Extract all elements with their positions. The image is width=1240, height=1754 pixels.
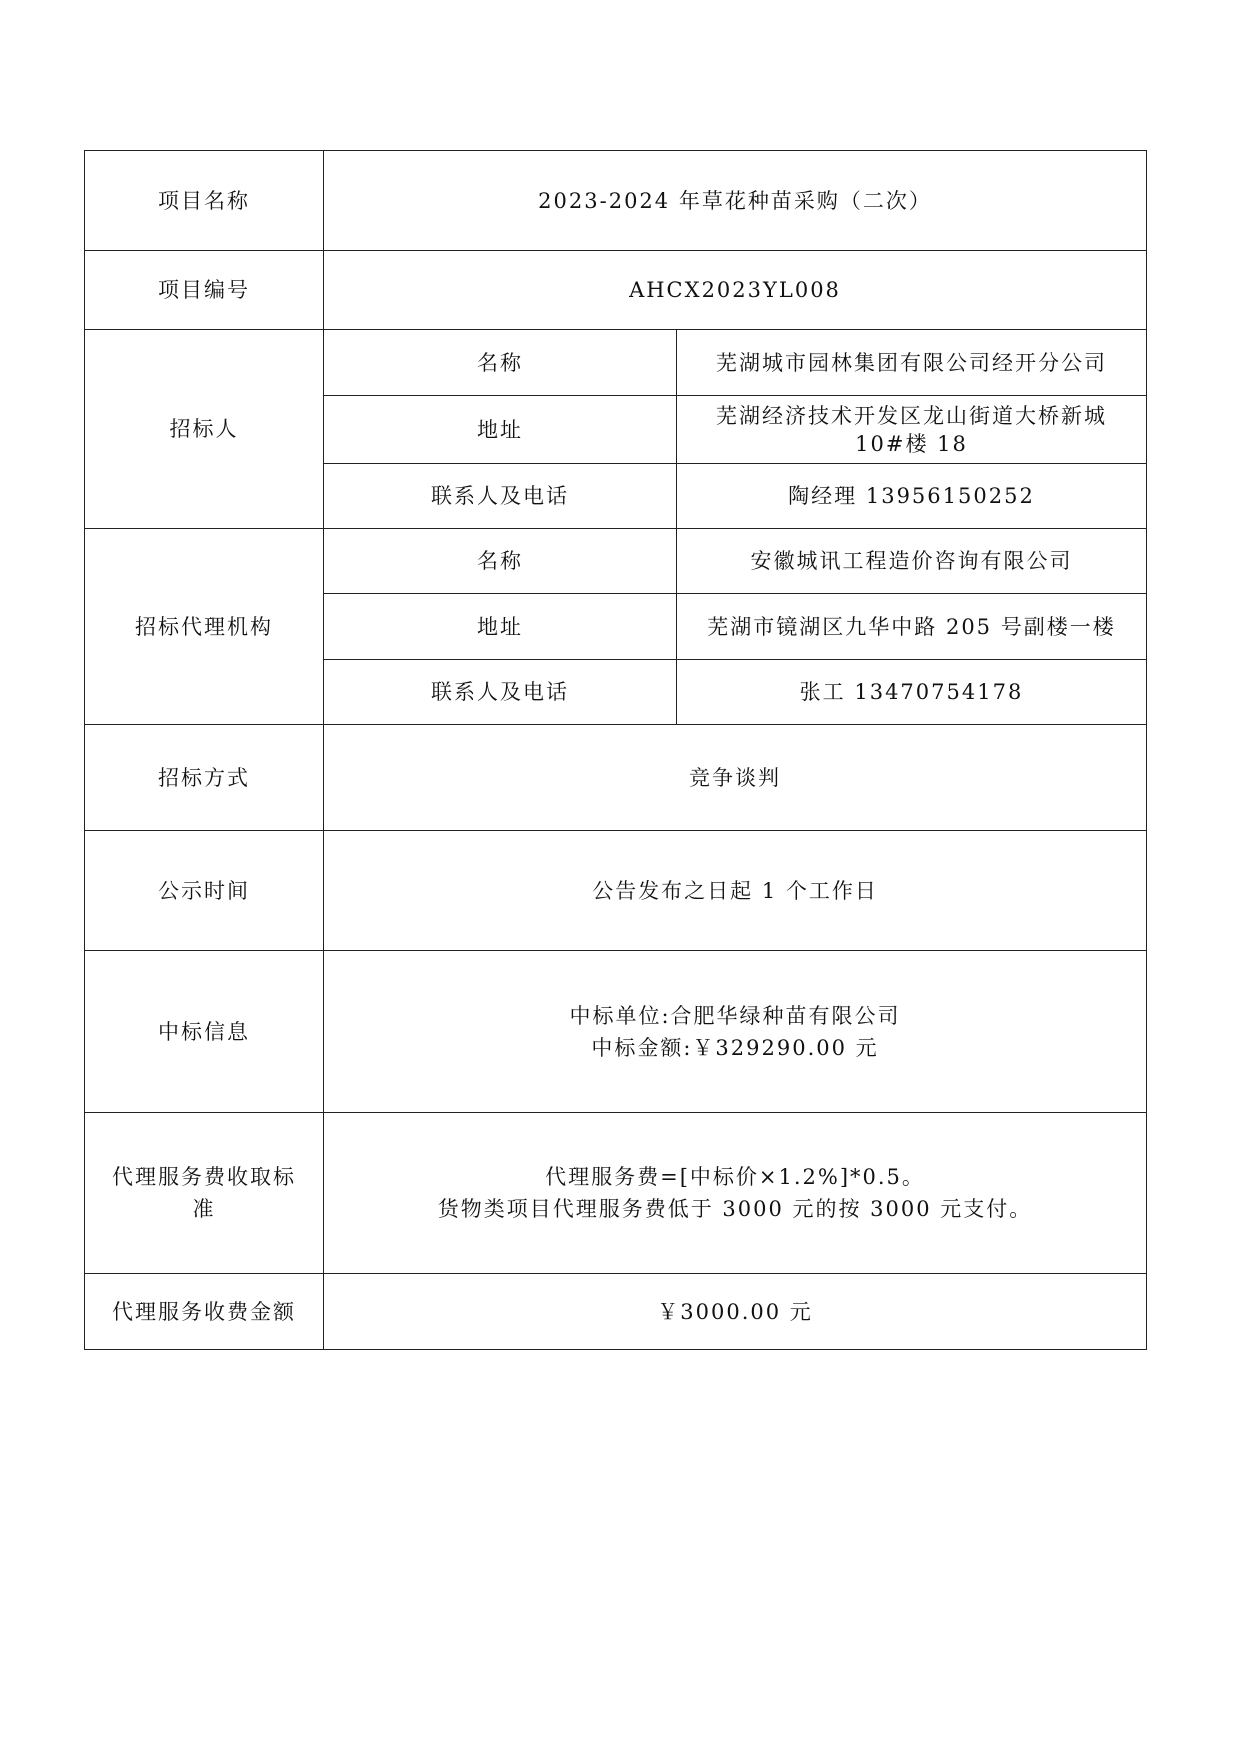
fee-standard-minimum: 货物类项目代理服务费低于 3000 元的按 3000 元支付。 bbox=[332, 1193, 1138, 1225]
project-name-label: 项目名称 bbox=[85, 151, 324, 251]
fee-standard-value: 代理服务费=[中标价×1.2%]*0.5。 货物类项目代理服务费低于 3000 … bbox=[324, 1113, 1147, 1274]
fee-amount-label: 代理服务收费金额 bbox=[85, 1274, 324, 1350]
project-code-value: AHCX2023YL008 bbox=[324, 251, 1147, 330]
agency-name-value: 安徽城讯工程造价咨询有限公司 bbox=[677, 529, 1147, 594]
agency-contact-value: 张工 13470754178 bbox=[677, 660, 1147, 725]
method-label: 招标方式 bbox=[85, 725, 324, 831]
fee-standard-label-line1: 代理服务费收取标 bbox=[93, 1161, 315, 1193]
tenderer-address-label: 地址 bbox=[324, 396, 677, 464]
tenderer-contact-value: 陶经理 13956150252 bbox=[677, 464, 1147, 529]
agency-name-label: 名称 bbox=[324, 529, 677, 594]
tenderer-name-label: 名称 bbox=[324, 330, 677, 396]
tenderer-address-line2: 10#楼 18 bbox=[685, 430, 1138, 458]
row-fee-standard: 代理服务费收取标 准 代理服务费=[中标价×1.2%]*0.5。 货物类项目代理… bbox=[85, 1113, 1147, 1274]
fee-standard-formula: 代理服务费=[中标价×1.2%]*0.5。 bbox=[332, 1161, 1138, 1193]
fee-standard-label: 代理服务费收取标 准 bbox=[85, 1113, 324, 1274]
award-winner: 中标单位:合肥华绿种苗有限公司 bbox=[332, 1000, 1138, 1032]
publicity-label: 公示时间 bbox=[85, 831, 324, 951]
fee-standard-label-line2: 准 bbox=[93, 1193, 315, 1225]
row-method: 招标方式 竞争谈判 bbox=[85, 725, 1147, 831]
agency-address-label: 地址 bbox=[324, 594, 677, 660]
method-value: 竞争谈判 bbox=[324, 725, 1147, 831]
agency-label: 招标代理机构 bbox=[85, 529, 324, 725]
row-project-code: 项目编号 AHCX2023YL008 bbox=[85, 251, 1147, 330]
tenderer-contact-label: 联系人及电话 bbox=[324, 464, 677, 529]
row-project-name: 项目名称 2023-2024 年草花种苗采购（二次） bbox=[85, 151, 1147, 251]
project-code-label: 项目编号 bbox=[85, 251, 324, 330]
row-award: 中标信息 中标单位:合肥华绿种苗有限公司 中标金额:￥329290.00 元 bbox=[85, 951, 1147, 1113]
tenderer-label: 招标人 bbox=[85, 330, 324, 529]
fee-amount-value: ￥3000.00 元 bbox=[324, 1274, 1147, 1350]
agency-address-value: 芜湖市镜湖区九华中路 205 号副楼一楼 bbox=[677, 594, 1147, 660]
publicity-value: 公告发布之日起 1 个工作日 bbox=[324, 831, 1147, 951]
award-value: 中标单位:合肥华绿种苗有限公司 中标金额:￥329290.00 元 bbox=[324, 951, 1147, 1113]
row-publicity: 公示时间 公告发布之日起 1 个工作日 bbox=[85, 831, 1147, 951]
tenderer-address-value: 芜湖经济技术开发区龙山街道大桥新城 10#楼 18 bbox=[677, 396, 1147, 464]
agency-contact-label: 联系人及电话 bbox=[324, 660, 677, 725]
tenderer-address-line1: 芜湖经济技术开发区龙山街道大桥新城 bbox=[685, 402, 1138, 430]
row-agency-name: 招标代理机构 名称 安徽城讯工程造价咨询有限公司 bbox=[85, 529, 1147, 594]
award-notice-table: 项目名称 2023-2024 年草花种苗采购（二次） 项目编号 AHCX2023… bbox=[84, 150, 1147, 1350]
row-tenderer-name: 招标人 名称 芜湖城市园林集团有限公司经开分公司 bbox=[85, 330, 1147, 396]
tenderer-name-value: 芜湖城市园林集团有限公司经开分公司 bbox=[677, 330, 1147, 396]
award-amount: 中标金额:￥329290.00 元 bbox=[332, 1032, 1138, 1064]
project-name-value: 2023-2024 年草花种苗采购（二次） bbox=[324, 151, 1147, 251]
award-label: 中标信息 bbox=[85, 951, 324, 1113]
row-fee-amount: 代理服务收费金额 ￥3000.00 元 bbox=[85, 1274, 1147, 1350]
